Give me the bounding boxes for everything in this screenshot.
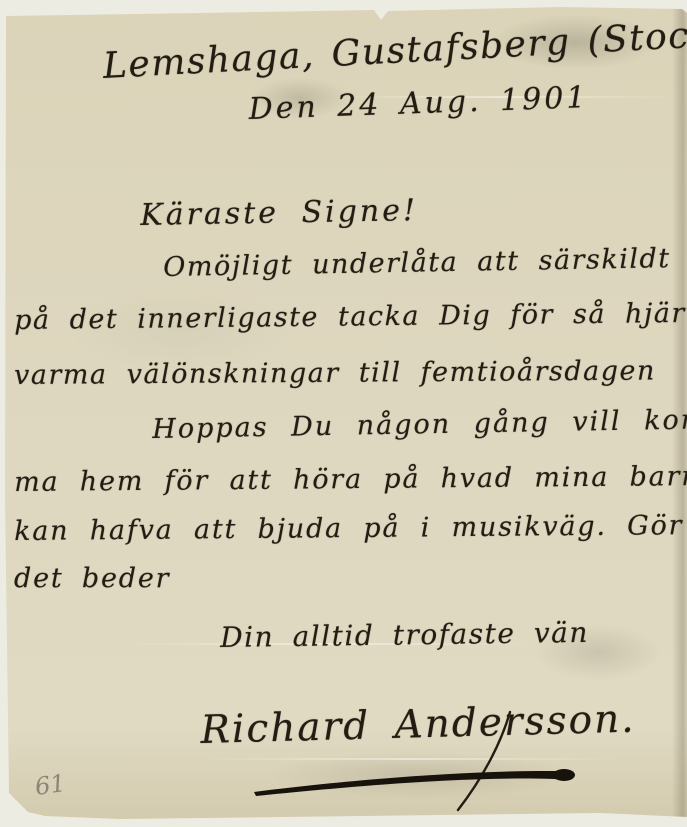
letter-body-line: varma välönskningar till femtioårsdagen [14,356,656,391]
letter-body-line: ma hem för att höra på hvad mina barn [14,461,687,498]
letter-body-line: det beder [14,563,170,594]
letter-closing: Din alltid trofaste vän [220,616,589,654]
letter-salutation: Käraste Signe! [140,193,418,233]
signature-flourish-icon [240,730,610,820]
letter-scan: Lemshaga, Gustafsberg (Stockholm) Den 24… [0,0,687,827]
archive-number: 61 [33,769,67,801]
letter-body-line: kan hafva att bjuda på i musikväg. Gör [14,510,683,547]
